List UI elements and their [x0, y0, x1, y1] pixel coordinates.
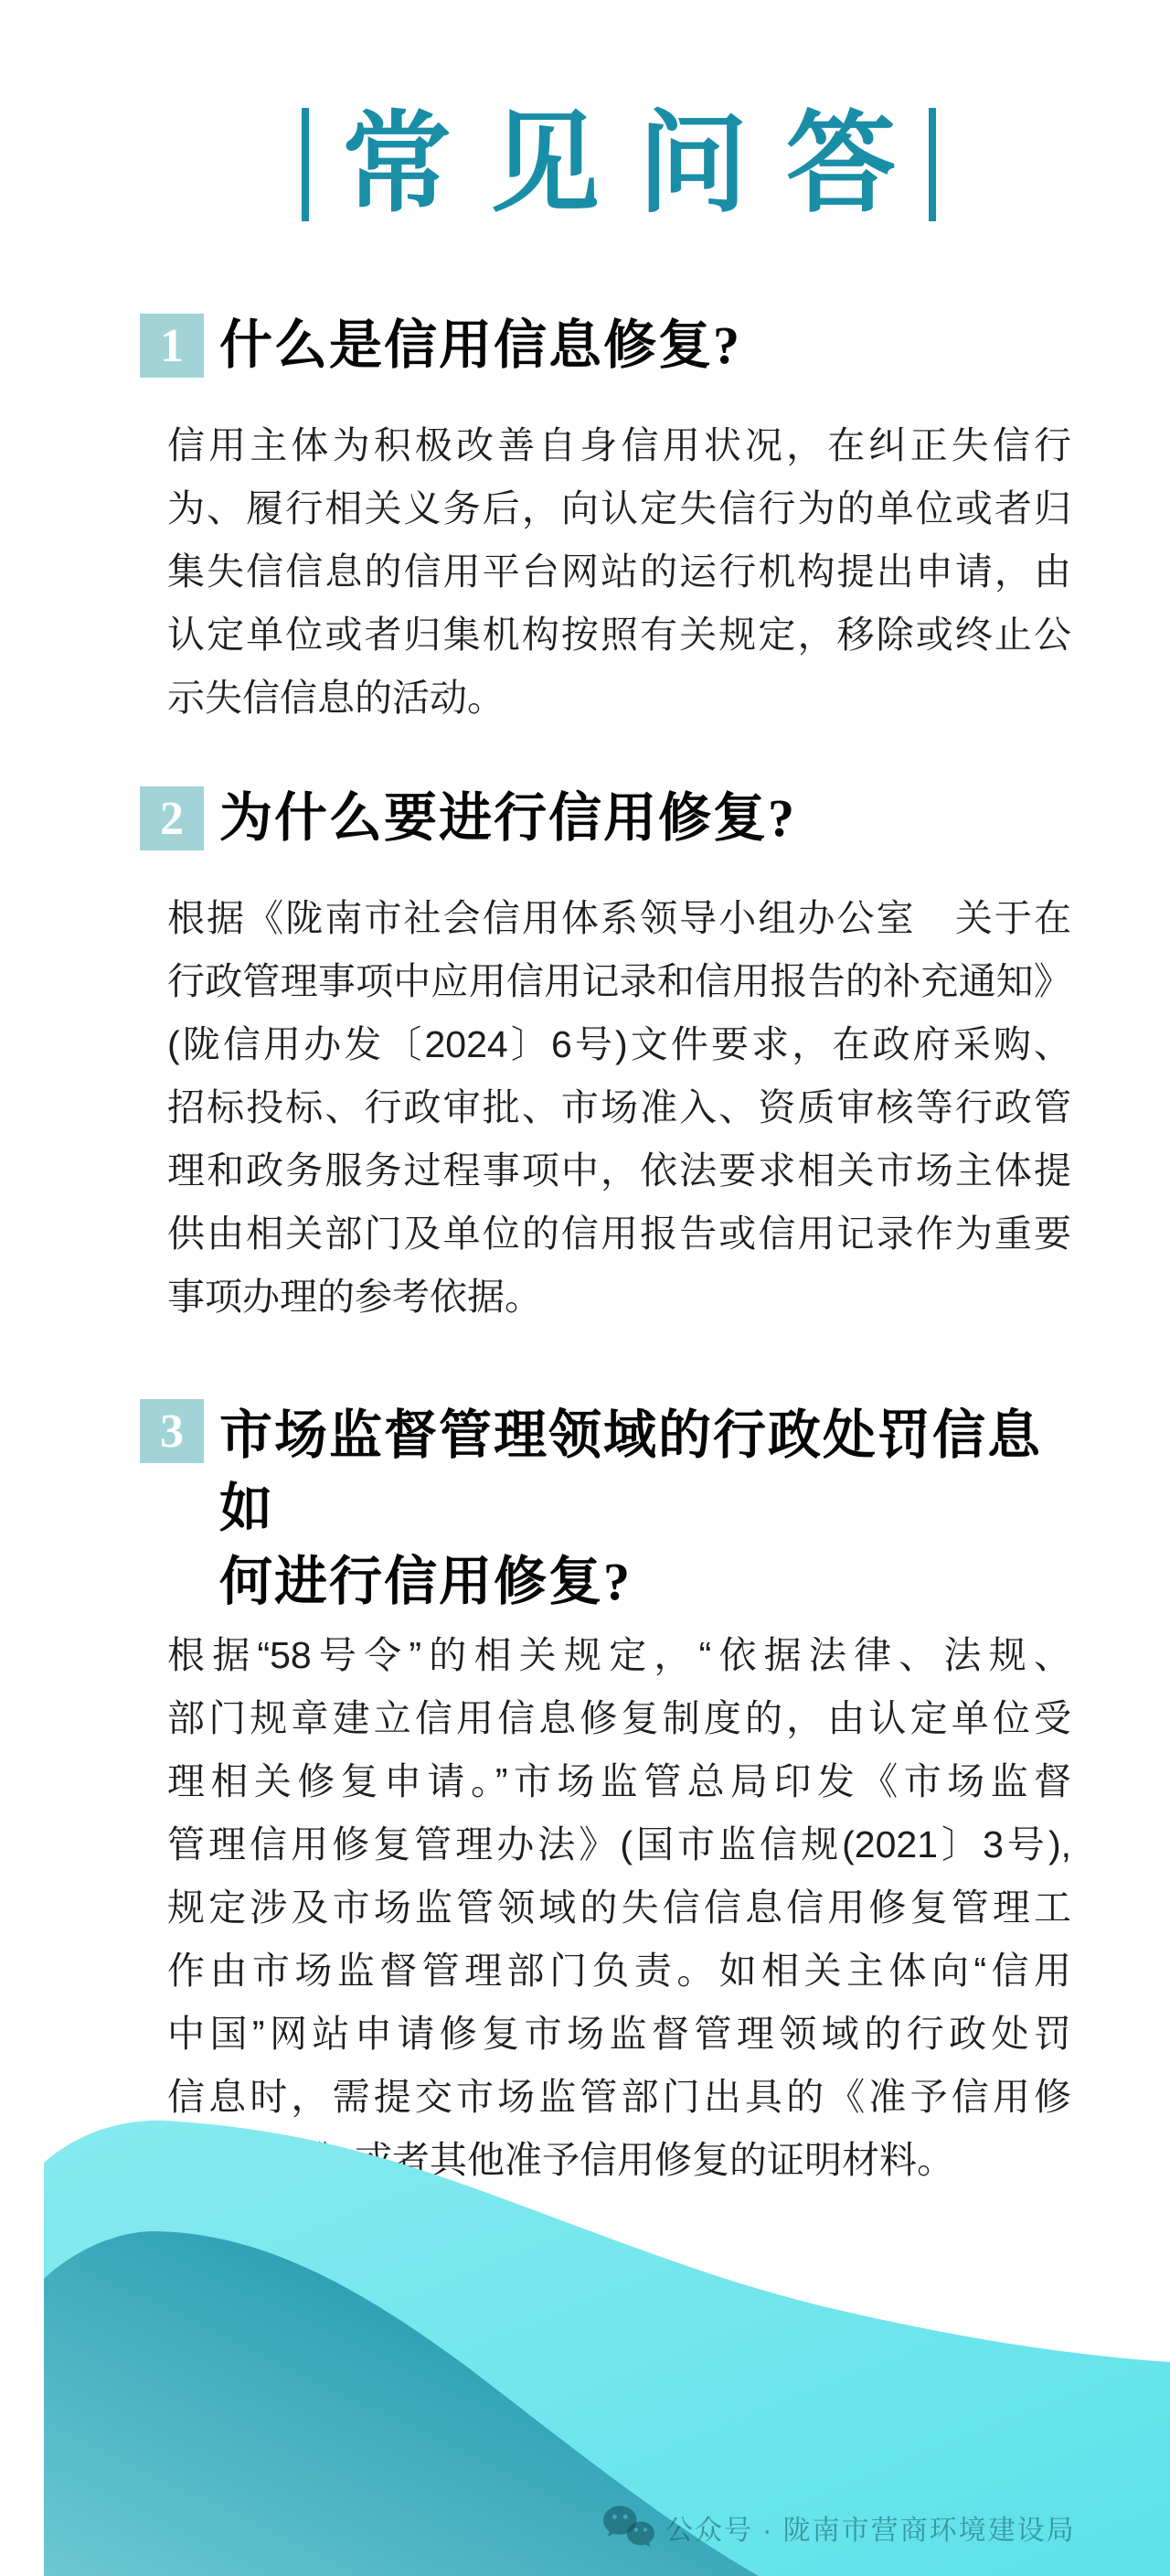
wechat-icon — [603, 2506, 654, 2549]
question-number-badge: 2 — [140, 786, 204, 850]
answer-line: 理相关修复申请。”市场监管总局印发《市场监督 — [167, 1750, 1071, 1813]
answer-text: 根据《陇南市社会信用体系领导小组办公室 关于在行政管理事项中应用信用记录和信用报… — [167, 887, 1071, 1329]
question-number-badge: 1 — [140, 314, 204, 378]
question-line: 为什么要进行信用修复? — [219, 786, 796, 850]
footer-label: 公众号 · 陇南市营商环境建设局 — [665, 2507, 1076, 2548]
wave-decoration — [0, 2094, 1170, 2576]
answer-line: 集失信信息的信用平台网站的运行机构提出申请，由 — [167, 540, 1071, 604]
faq-item: 2 为什么要进行信用修复? 根据《陇南市社会信用体系领导小组办公室 关于在行政管… — [140, 786, 1071, 1329]
answer-line: 规定涉及市场监管领域的失信信息信用修复管理工 — [167, 1876, 1071, 1940]
answer-line: (陇信用办发〔2024〕6号)文件要求，在政府采购、 — [167, 1013, 1071, 1076]
question-line: 市场监督管理领域的行政处罚信息如 — [219, 1399, 1071, 1545]
question-row: 1 什么是信用信息修复? — [140, 314, 1071, 378]
question-row: 3 市场监督管理领域的行政处罚信息如何进行信用修复? — [140, 1399, 1071, 1619]
faq-item: 1 什么是信用信息修复? 信用主体为积极改善自身信用状况，在纠正失信行为、履行相… — [140, 314, 1071, 730]
answer-line: 作由市场监督管理部门负责。如相关主体向“信用 — [167, 1940, 1071, 2003]
title-left-bar — [302, 108, 309, 221]
page-title: 常见问答 — [342, 108, 934, 221]
answer-line: 信用主体为积极改善自身信用状况，在纠正失信行 — [167, 414, 1071, 477]
faq-item: 3 市场监督管理领域的行政处罚信息如何进行信用修复? 根据“58号令”的相关规定… — [140, 1399, 1071, 2192]
answer-line: 事项办理的参考依据。 — [167, 1266, 1071, 1329]
question-text: 为什么要进行信用修复? — [219, 786, 796, 850]
answer-line: 供由相关部门及单位的信用报告或信用记录作为重要 — [167, 1202, 1071, 1266]
question-row: 2 为什么要进行信用修复? — [140, 786, 1071, 850]
answer-line: 管理信用修复管理办法》(国市监信规(2021〕3号), — [167, 1813, 1071, 1876]
answer-line: 根据《陇南市社会信用体系领导小组办公室 关于在 — [167, 887, 1071, 950]
answer-line: 根据“58号令”的相关规定，“依据法律、法规、 — [167, 1624, 1071, 1687]
answer-line: 招标投标、行政审批、市场准入、资质审核等行政管 — [167, 1076, 1071, 1139]
answer-text: 信用主体为积极改善自身信用状况，在纠正失信行为、履行相关义务后，向认定失信行为的… — [167, 414, 1071, 730]
answer-line: 认定单位或者归集机构按照有关规定，移除或终止公 — [167, 604, 1071, 667]
answer-line: 中国”网站申请修复市场监督管理领域的行政处罚 — [167, 2003, 1071, 2066]
question-line: 何进行信用修复? — [219, 1545, 1071, 1619]
question-line: 什么是信用信息修复? — [219, 314, 741, 378]
answer-line: 示失信信息的活动。 — [167, 667, 1071, 730]
answer-line: 部门规章建立信用信息修复制度的，由认定单位受 — [167, 1687, 1071, 1750]
faq-poster-page: 常见问答 1 什么是信用信息修复? 信用主体为积极改善自身信用状况，在纠正失信行… — [0, 0, 1170, 2576]
footer-watermark: 公众号 · 陇南市营商环境建设局 — [603, 2506, 1076, 2549]
question-text: 什么是信用信息修复? — [219, 314, 741, 378]
title-right-bar — [929, 108, 936, 221]
answer-line: 理和政务服务过程事项中，依法要求相关市场主体提 — [167, 1139, 1071, 1202]
answer-line: 行政管理事项中应用信用记录和信用报告的补充通知》 — [167, 950, 1071, 1013]
question-text: 市场监督管理领域的行政处罚信息如何进行信用修复? — [219, 1399, 1071, 1619]
question-number-badge: 3 — [140, 1399, 204, 1463]
faq-list: 1 什么是信用信息修复? 信用主体为积极改善自身信用状况，在纠正失信行为、履行相… — [140, 314, 1071, 2192]
page-header: 常见问答 — [34, 108, 1170, 221]
answer-line: 为、履行相关义务后，向认定失信行为的单位或者归 — [167, 477, 1071, 540]
